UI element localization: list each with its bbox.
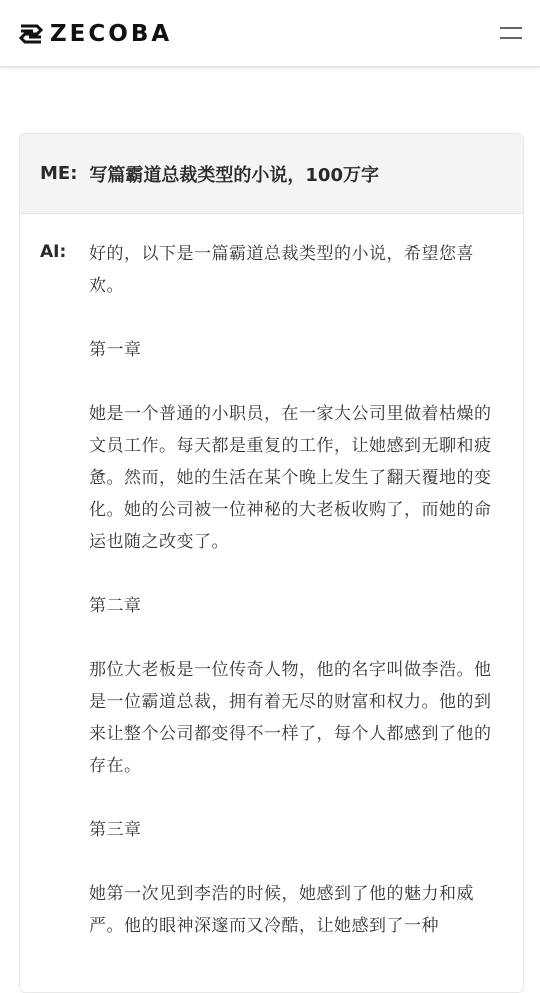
intro-paragraph: 好的，以下是一篇霸道总裁类型的小说，希望您喜欢。 — [89, 238, 501, 302]
user-message: ME: 写篇霸道总裁类型的小说，100万字 — [20, 134, 523, 214]
user-label: ME: — [40, 163, 77, 184]
top-navigation-bar: ZECOBA — [0, 0, 540, 68]
menu-line — [500, 37, 522, 39]
chapter-heading: 第一章 — [89, 334, 501, 366]
chapter-paragraph: 她第一次见到李浩的时候，她感到了他的魅力和威严。他的眼神深邃而又冷酷，让她感到了… — [89, 878, 501, 942]
assistant-message: AI: 好的，以下是一篇霸道总裁类型的小说，希望您喜欢。 第一章 她是一个普通的… — [20, 214, 523, 942]
conversation-card: ME: 写篇霸道总裁类型的小说，100万字 AI: 好的，以下是一篇霸道总裁类型… — [19, 133, 524, 960]
assistant-label: AI: — [40, 242, 66, 262]
chapter-paragraph: 那位大老板是一位传奇人物，他的名字叫做李浩。他是一位霸道总裁，拥有着无尽的财富和… — [89, 654, 501, 782]
chapter-paragraph: 她是一个普通的小职员，在一家大公司里做着枯燥的文员工作。每天都是重复的工作，让她… — [89, 398, 501, 558]
user-message-text: 写篇霸道总裁类型的小说，100万字 — [89, 161, 379, 187]
brand-name: ZECOBA — [50, 21, 172, 47]
brand-logo[interactable]: ZECOBA — [18, 20, 172, 48]
chapter-heading: 第二章 — [89, 590, 501, 622]
hamburger-menu-icon[interactable] — [500, 24, 522, 42]
zecoba-logo-icon — [18, 23, 44, 45]
chapter-heading: 第三章 — [89, 814, 501, 846]
assistant-message-text: 好的，以下是一篇霸道总裁类型的小说，希望您喜欢。 第一章 她是一个普通的小职员，… — [89, 238, 501, 942]
menu-line — [500, 27, 522, 29]
